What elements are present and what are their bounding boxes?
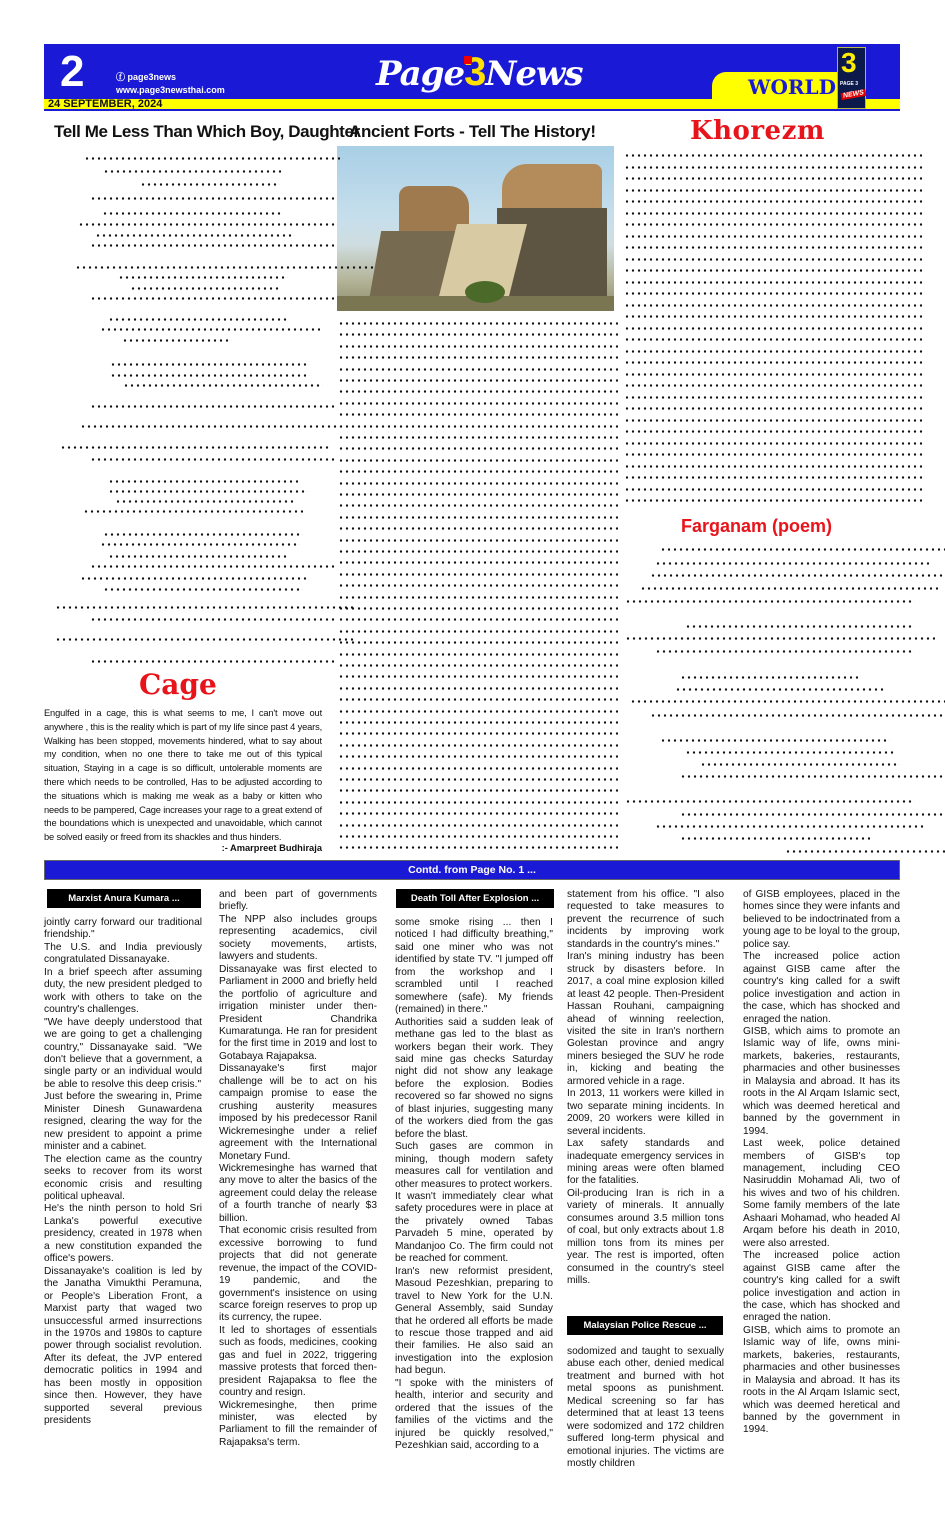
illegible-text-line [680, 837, 870, 840]
illegible-text-line [338, 596, 618, 599]
paragraph: It wasn't immediately clear what safety … [395, 1191, 553, 1266]
headline-ancient-forts: Ancient Forts - Tell The History! [349, 122, 596, 142]
illegible-text-line [95, 234, 295, 237]
continued-banner: Contd. from Page No. 1 ... [44, 860, 900, 880]
date-strip [44, 99, 900, 109]
paragraph: The increased police action against GISB… [743, 1250, 900, 1325]
illegible-text-line [660, 739, 890, 742]
illegible-text-line [78, 223, 338, 226]
paragraph: GISB, which aims to promote an Islamic w… [743, 1026, 900, 1138]
headline-tell-me-less: Tell Me Less Than Which Boy, Daughter [54, 122, 360, 142]
paragraph: In 2013, 11 workers were killed in two s… [567, 1088, 724, 1138]
illegible-text-line [90, 297, 335, 300]
illegible-text-line [680, 775, 945, 778]
illegible-text-line [338, 710, 618, 713]
illegible-text-line [785, 850, 945, 853]
illegible-text-line [338, 459, 618, 462]
paragraph: Wickremesinghe, then prime minister, was… [219, 1400, 377, 1450]
cage-poem-body: Engulfed in a cage, this is what seems t… [44, 707, 322, 845]
paragraph: jointly carry forward our traditional fr… [44, 917, 202, 942]
illegible-text-line [624, 200, 924, 203]
paragraph: sodomized and taught to sexually abuse e… [567, 1346, 724, 1471]
illegible-text-line [624, 281, 924, 284]
illegible-text-line [338, 778, 618, 781]
illegible-text-line [80, 577, 310, 580]
illegible-text-line [624, 258, 924, 261]
article-column-4: statement from his office. "I also reque… [567, 889, 724, 1288]
masthead-rule [44, 109, 900, 111]
illegible-text-line [75, 266, 375, 269]
illegible-text-line [338, 664, 618, 667]
illegible-text-line [624, 292, 924, 295]
section-label: WORLD [748, 75, 836, 99]
illegible-text-line [338, 402, 618, 405]
ancient-fort-photo [337, 146, 614, 311]
page-number: 2 [60, 48, 84, 96]
paragraph: The election came as the country seeks t… [44, 1154, 202, 1204]
article-column-3: some smoke rising ... then I noticed I h… [395, 917, 553, 1452]
illegible-text-line [338, 675, 618, 678]
article-column-4b: sodomized and taught to sexually abuse e… [567, 1346, 724, 1471]
illegible-text-line [90, 458, 335, 461]
illegible-text-line [90, 660, 335, 663]
illegible-text-line [624, 442, 924, 445]
illegible-text-line [624, 177, 924, 180]
illegible-text-line [338, 630, 618, 633]
illegible-text-line [640, 587, 940, 590]
illegible-text-line [108, 480, 298, 483]
illegible-text-line [103, 533, 303, 536]
illegible-text-line [624, 476, 924, 479]
illegible-text-line [338, 539, 618, 542]
paragraph: Lax safety standards and inadequate emer… [567, 1138, 724, 1188]
illegible-text-line [338, 744, 618, 747]
paragraph: and been part of governments briefly. [219, 889, 377, 914]
illegible-text-line [90, 244, 335, 247]
illegible-text-line [624, 419, 924, 422]
illegible-text-line [685, 751, 895, 754]
facebook-handle[interactable]: ⓕ page3news [116, 70, 176, 83]
paragraph: In a brief speech after assuming duty, t… [44, 967, 202, 1017]
illegible-text-line [660, 548, 945, 551]
illegible-text-line [624, 350, 924, 353]
illegible-text-line [338, 379, 618, 382]
kicker-malaysian[interactable]: Malaysian Police Rescue ... [567, 1316, 723, 1335]
illegible-text-line [338, 641, 618, 644]
illegible-text-line [338, 345, 618, 348]
illegible-text-line [680, 676, 860, 679]
illegible-text-line [624, 384, 924, 387]
illegible-text-line [338, 755, 618, 758]
illegible-text-line [624, 166, 924, 169]
illegible-text-line [102, 212, 282, 215]
photo-bush [465, 281, 505, 303]
illegible-text-line [108, 318, 288, 321]
illegible-text-line [338, 322, 618, 325]
illegible-text-line [675, 688, 885, 691]
illegible-text-line [140, 183, 280, 186]
illegible-text-line [624, 499, 924, 502]
paragraph: of GISB employees, placed in the homes s… [743, 889, 900, 951]
illegible-text-line [624, 246, 924, 249]
illegible-text-line [625, 637, 935, 640]
illegible-text-line [338, 835, 618, 838]
illegible-text-line [680, 813, 945, 816]
illegible-text-line [338, 789, 618, 792]
illegible-text-line [338, 824, 618, 827]
logo-right: News [485, 54, 582, 94]
paragraph: Wickremesinghe has warned that any move … [219, 1163, 377, 1225]
paragraph: some smoke rising ... then I noticed I h… [395, 917, 553, 1017]
paragraph: The U.S. and India previously congratula… [44, 942, 202, 967]
badge-line2: NEWS [841, 89, 867, 100]
illegible-text-line [650, 574, 945, 577]
illegible-text-line [90, 618, 335, 621]
paragraph: "We have deeply understood that we are g… [44, 1017, 202, 1092]
illegible-text-line [655, 562, 930, 565]
illegible-text-line [338, 698, 618, 701]
illegible-text-line [338, 801, 618, 804]
illegible-text-line [624, 223, 924, 226]
illegible-text-line [100, 543, 300, 546]
continued-label: Contd. from Page No. 1 ... [45, 864, 899, 876]
illegible-text-line [625, 800, 915, 803]
paragraph: He's the ninth person to hold Sri Lanka'… [44, 1203, 202, 1265]
illegible-text-line [685, 625, 915, 628]
illegible-text-line [338, 470, 618, 473]
illegible-text-line [624, 338, 924, 341]
illegible-text-line [624, 465, 924, 468]
illegible-text-line [624, 361, 924, 364]
illegible-text-line [118, 276, 288, 279]
paragraph: statement from his office. "I also reque… [567, 889, 724, 951]
illegible-text-line [90, 197, 335, 200]
illegible-text-line [624, 407, 924, 410]
illegible-text-line [338, 550, 618, 553]
illegible-text-line [338, 425, 618, 428]
masthead: 2 ⓕ page3news www.page3newsthai.com 24 S… [44, 44, 900, 111]
issue-date: 24 SEPTEMBER, 2024 [48, 99, 162, 110]
illegible-text-line [624, 269, 924, 272]
illegible-text-line [338, 584, 618, 587]
illegible-text-line [624, 453, 924, 456]
illegible-text-line [123, 384, 323, 387]
illegible-text-line [338, 436, 618, 439]
illegible-text-line [700, 763, 900, 766]
illegible-text-line [338, 527, 618, 530]
illegible-text-line [655, 650, 915, 653]
badge-number: 3 [841, 48, 857, 78]
kicker-marxist[interactable]: Marxist Anura Kumara ... [47, 889, 201, 908]
article-column-1: jointly carry forward our traditional fr… [44, 917, 202, 1428]
illegible-text-line [624, 373, 924, 376]
illegible-text-line [338, 561, 618, 564]
illegible-text-line [338, 356, 618, 359]
paragraph: The NPP also includes groups representin… [219, 914, 377, 964]
illegible-text-line [338, 368, 618, 371]
illegible-text-line [122, 339, 232, 342]
illegible-text-line [338, 618, 618, 621]
illegible-text-line [83, 510, 303, 513]
illegible-text-line [108, 555, 288, 558]
illegible-text-line [338, 447, 618, 450]
section-tab: WORLD [712, 72, 837, 99]
paragraph: Such gases are common in mining, though … [395, 1141, 553, 1191]
illegible-text-line [110, 363, 310, 366]
paragraph: Dissanayake was first elected to Parliam… [219, 964, 377, 1064]
cage-poem-author: :- Amarpreet Budhiraja [210, 843, 322, 853]
illegible-text-line [624, 154, 924, 157]
paragraph: Last week, police detained members of GI… [743, 1138, 900, 1250]
illegible-text-line [338, 390, 618, 393]
illegible-text-line [338, 504, 618, 507]
illegible-text-line [338, 413, 618, 416]
paragraph: Oil-producing Iran is rich in a variety … [567, 1188, 724, 1288]
website-link[interactable]: www.page3newsthai.com [116, 85, 225, 95]
illegible-text-line [103, 588, 303, 591]
illegible-text-line [624, 430, 924, 433]
paragraph: Dissanayake's first major challenge will… [219, 1063, 377, 1163]
paragraph: That economic crisis resulted from exces… [219, 1225, 377, 1325]
paragraph: Authorities said a sudden leak of methan… [395, 1017, 553, 1142]
illegible-text-line [55, 606, 355, 609]
headline-cage: Cage [139, 668, 217, 701]
logo-left: Page [376, 54, 464, 94]
illegible-text-line [90, 405, 335, 408]
badge-line1: PAGE 3 [840, 81, 858, 87]
illegible-text-line [338, 732, 618, 735]
illegible-text-line [338, 846, 618, 849]
illegible-text-line [338, 721, 618, 724]
paragraph: Dissanayake's coalition is led by the Ja… [44, 1266, 202, 1428]
article-column-2: and been part of governments briefly. Th… [219, 889, 377, 1449]
headline-farganam: Farganam (poem) [681, 516, 832, 537]
paragraph: It led to shortages of essentials such a… [219, 1325, 377, 1400]
illegible-text-line [624, 396, 924, 399]
paragraph: Iran's mining industry has been struck b… [567, 951, 724, 1088]
article-column-5: of GISB employees, placed in the homes s… [743, 889, 900, 1437]
illegible-text-line [624, 189, 924, 192]
headline-khorezm: Khorezm [690, 116, 825, 146]
illegible-text-line [338, 687, 618, 690]
paragraph: Iran's new reformist president, Masoud P… [395, 1266, 553, 1378]
illegible-text-line [80, 425, 340, 428]
paragraph: Just before the swearing in, Prime Minis… [44, 1091, 202, 1153]
illegible-text-line [624, 235, 924, 238]
illegible-text-line [338, 333, 618, 336]
illegible-text-line [84, 157, 344, 160]
illegible-text-line [110, 374, 310, 377]
illegible-text-line [55, 638, 355, 641]
logo-number: 3 [464, 50, 485, 94]
illegible-text-line [338, 573, 618, 576]
newspaper-logo: Page3News [376, 52, 582, 94]
illegible-text-line [90, 565, 335, 568]
paragraph: GISB, which aims to promote an Islamic w… [743, 1325, 900, 1437]
illegible-text-line [338, 767, 618, 770]
kicker-death-toll[interactable]: Death Toll After Explosion ... [396, 889, 554, 908]
paragraph: The increased police action against GISB… [743, 951, 900, 1026]
illegible-text-line [338, 482, 618, 485]
illegible-text-line [624, 315, 924, 318]
illegible-text-line [655, 825, 925, 828]
illegible-text-line [338, 607, 618, 610]
illegible-text-line [650, 714, 945, 717]
illegible-text-line [338, 493, 618, 496]
illegible-text-line [624, 212, 924, 215]
page3-badge-icon: 3 PAGE 3 NEWS [837, 47, 866, 109]
illegible-text-line [60, 446, 330, 449]
illegible-text-line [338, 516, 618, 519]
illegible-text-line [108, 490, 308, 493]
illegible-text-line [624, 327, 924, 330]
illegible-text-line [624, 304, 924, 307]
illegible-text-line [338, 812, 618, 815]
illegible-text-line [625, 600, 915, 603]
illegible-text-line [630, 700, 945, 703]
illegible-text-line [115, 500, 295, 503]
illegible-text-line [100, 328, 320, 331]
illegible-text-line [338, 653, 618, 656]
illegible-text-line [103, 170, 283, 173]
illegible-text-line [130, 287, 280, 290]
paragraph: "I spoke with the ministers of health, i… [395, 1378, 553, 1453]
illegible-text-line [624, 488, 924, 491]
